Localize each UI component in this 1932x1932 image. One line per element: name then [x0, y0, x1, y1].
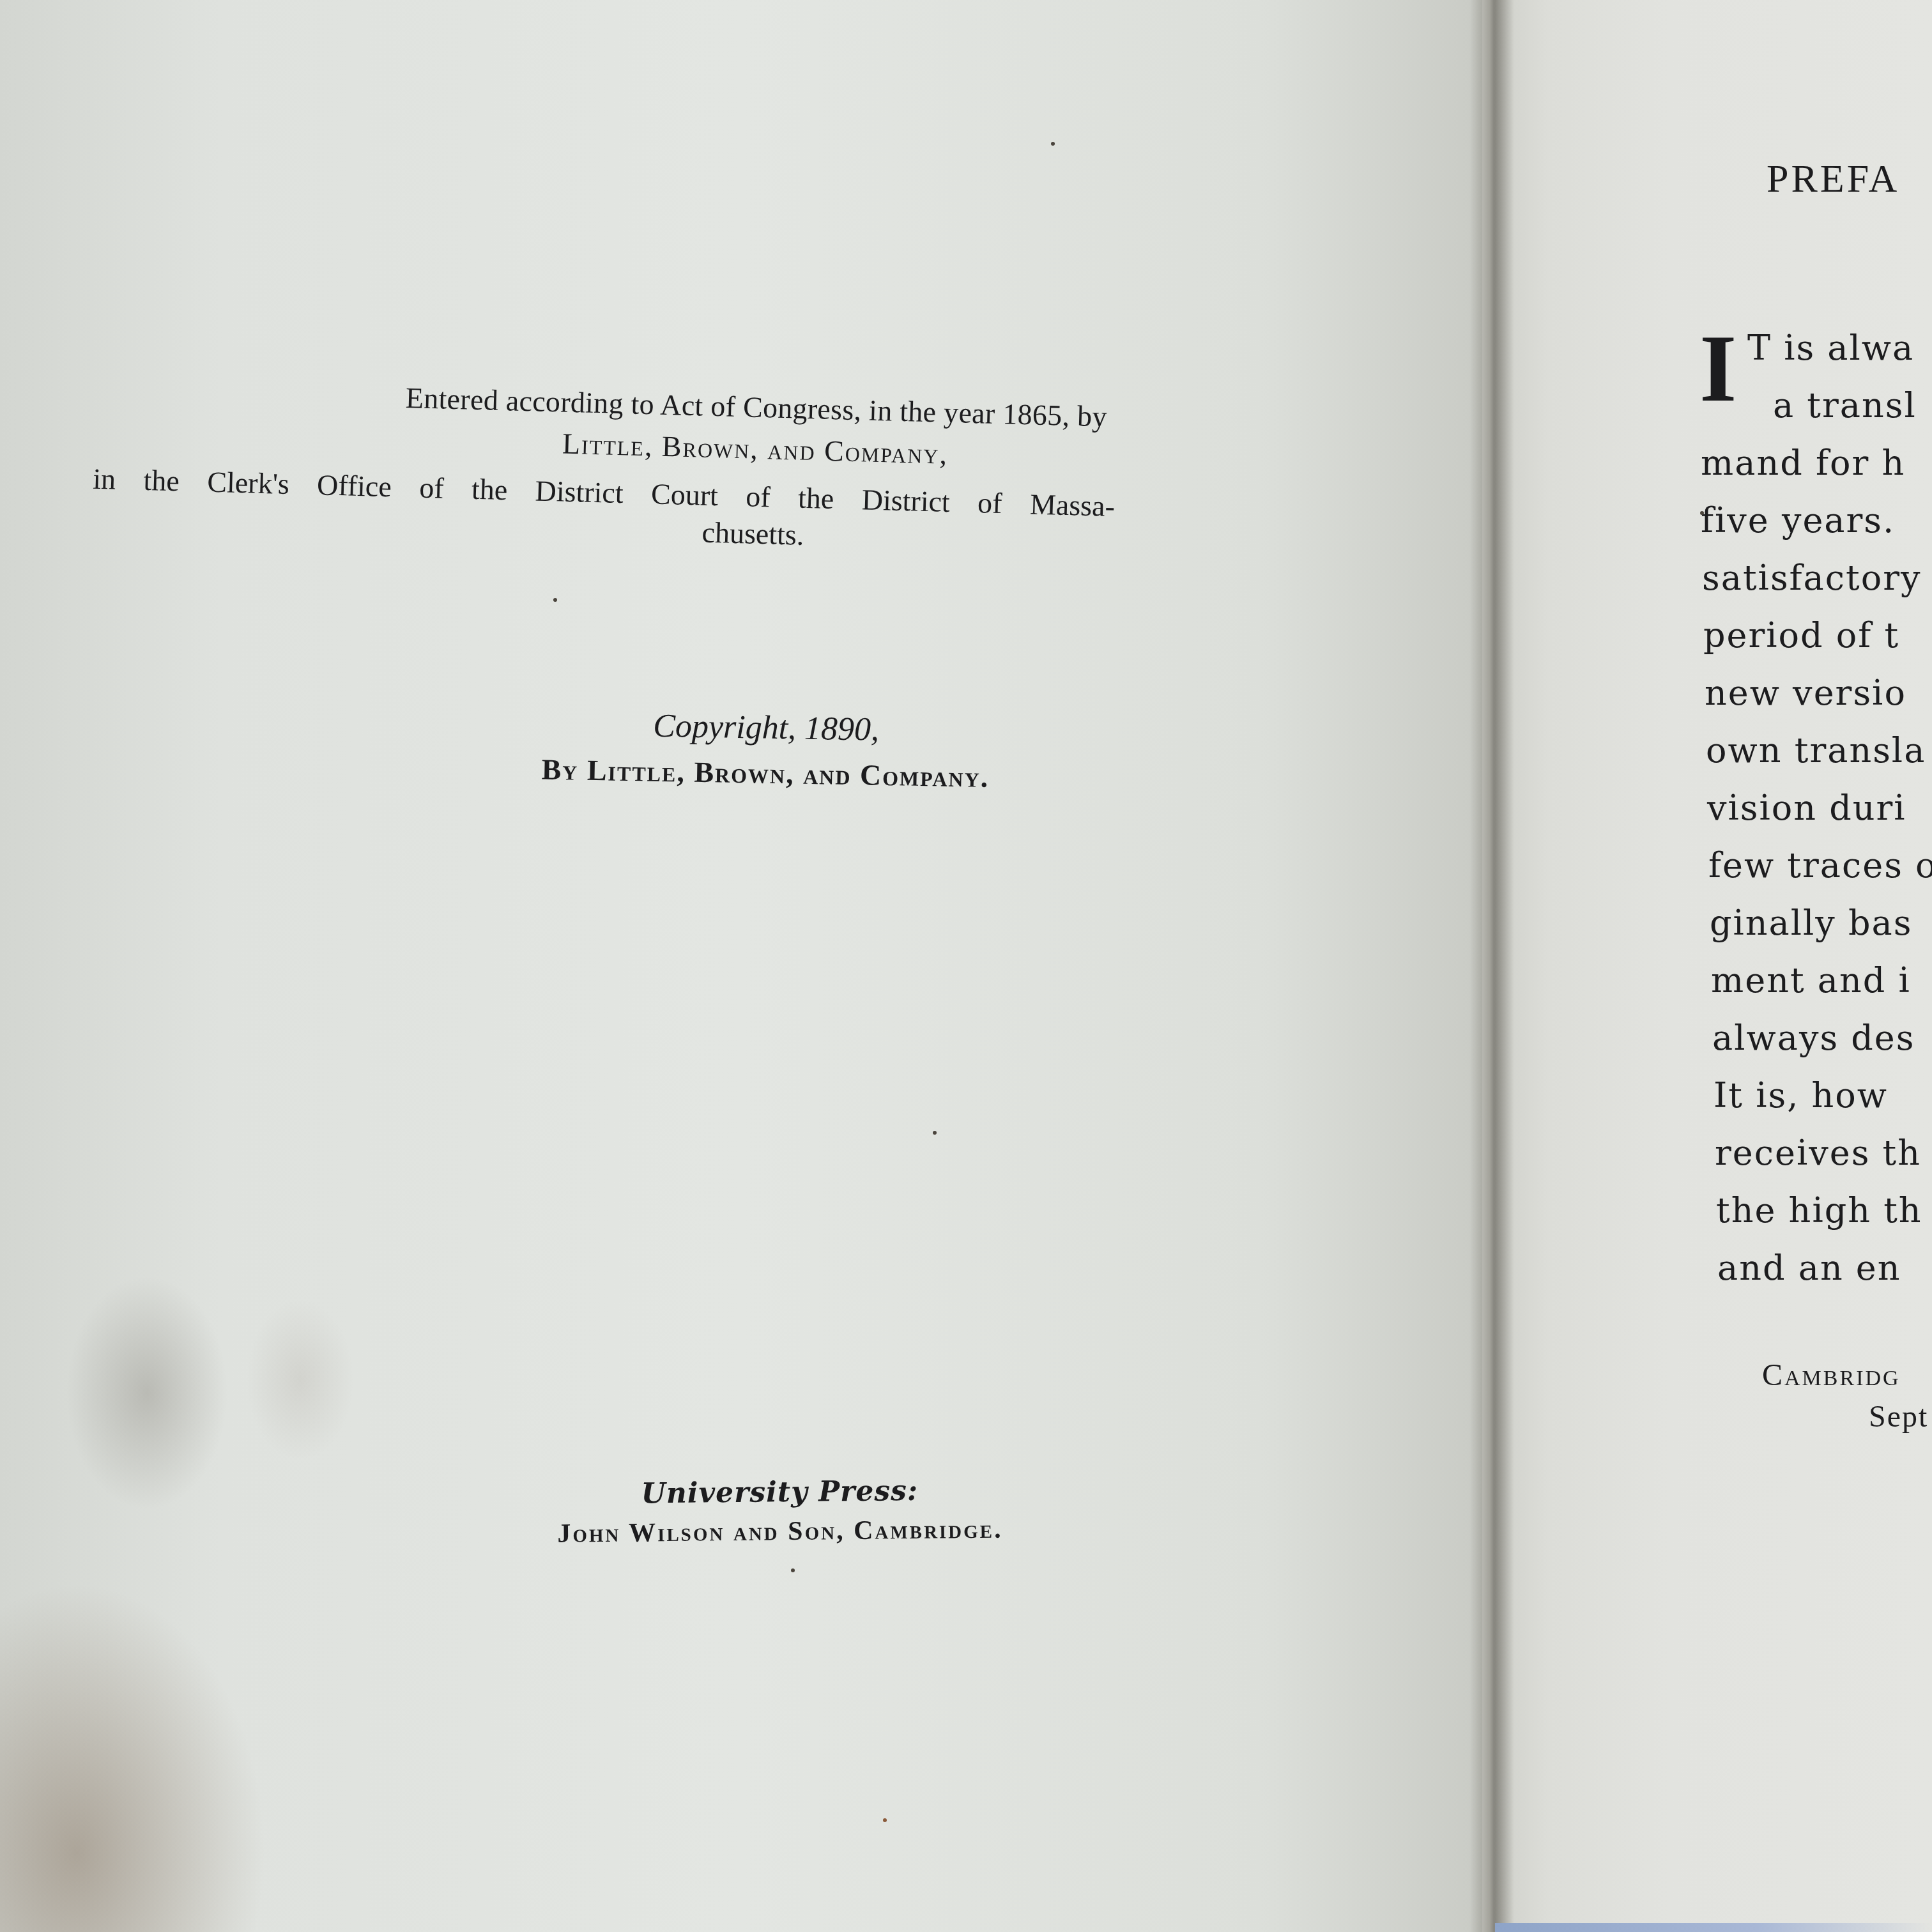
preface-line: own transla	[1699, 722, 1932, 779]
preface-line: It is, how	[1699, 1067, 1932, 1124]
preface-line: and an en	[1699, 1239, 1932, 1297]
preface-line: few traces o	[1699, 837, 1932, 894]
left-page	[0, 0, 1482, 1932]
paper-speck	[883, 1818, 887, 1822]
book-gutter	[1469, 0, 1514, 1932]
printer-imprint: University Press: John Wilson and Son, C…	[486, 1469, 1074, 1554]
preface-line: ment and i	[1699, 952, 1932, 1009]
printer-name: John Wilson and Son, Cambridge.	[486, 1509, 1075, 1554]
preface-line: always des	[1699, 1009, 1932, 1067]
preface-line: satisfactory	[1699, 549, 1932, 607]
preface-line: the high th	[1699, 1182, 1932, 1239]
paper-speck	[1700, 511, 1704, 515]
preface-line: period of t	[1699, 607, 1932, 664]
congress-entry-notice: Entered according to Act of Congress, in…	[238, 374, 1271, 566]
paper-speck	[553, 598, 557, 602]
copyright-notice: Copyright, 1890, By Little, Brown, and C…	[446, 696, 1086, 798]
preface-line: ginally bas	[1699, 894, 1932, 952]
preface-signature-date: Sept	[1869, 1399, 1928, 1434]
preface-heading: PREFA	[1767, 157, 1899, 202]
preface-body: I T is alwa a transl mand for h five yea…	[1699, 319, 1932, 1297]
book-spread: Entered according to Act of Congress, in…	[0, 0, 1932, 1932]
preface-line: mand for h	[1699, 434, 1932, 492]
drop-cap: I	[1699, 327, 1736, 410]
paper-speck	[1051, 142, 1055, 146]
preface-line: receives th	[1699, 1124, 1932, 1182]
preface-line: five years.	[1699, 492, 1932, 549]
press-name: University Press:	[486, 1469, 1074, 1515]
preface-line: vision duri	[1699, 779, 1932, 837]
preface-line: new versio	[1699, 664, 1932, 722]
preface-signature-place: Cambridg	[1762, 1358, 1901, 1393]
paper-speck	[933, 1131, 937, 1135]
page-edge-background	[1495, 1923, 1932, 1932]
paper-speck	[791, 1568, 795, 1572]
